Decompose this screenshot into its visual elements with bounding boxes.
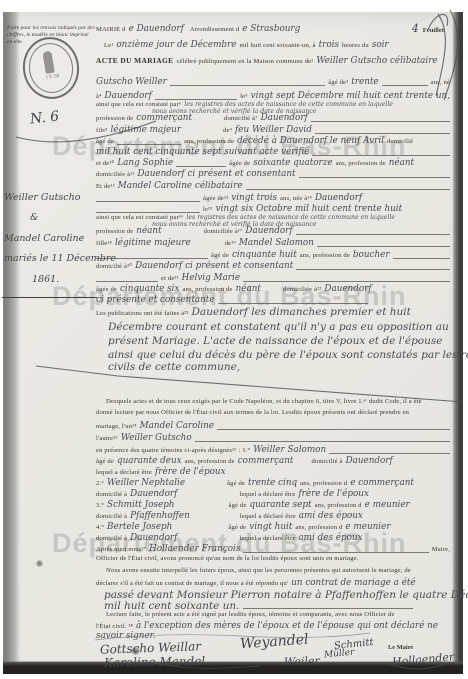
printed-text: Et de¹² [96, 183, 115, 190]
document-line: domicilié à²⁰Dauendorf ci présent et con… [96, 261, 450, 272]
handwritten-text: feu Weiller David [235, 125, 312, 135]
printed-text: de⁹ [223, 127, 232, 134]
document-line: donné lecture par nous Officier de l'Éta… [96, 409, 450, 420]
handwritten-text: Pfaffenhoffen [130, 511, 190, 521]
printed-text: le⁵ [240, 93, 248, 100]
printed-text: profession de [96, 115, 133, 122]
printed-text: et de²¹ [161, 275, 179, 282]
printed-text: 2.° [96, 480, 104, 487]
printed-text: lequel a déclaré être [239, 535, 295, 542]
document-line: profession decommerçantdomicilié à⁷Dauen… [96, 113, 450, 124]
printed-text: domicilié à [96, 513, 127, 520]
rule-line [329, 452, 450, 454]
document-line: et de²¹Helvig Marie [96, 273, 450, 284]
printed-text: âgée de [96, 286, 117, 293]
rule-line [315, 132, 450, 134]
signature: Weiler [284, 654, 320, 668]
handwritten-text: onzième jour de Décembre [116, 40, 236, 50]
rule-line [195, 440, 450, 442]
printed-text: ans, profession de [182, 286, 232, 293]
spacer [180, 495, 236, 496]
printed-text: ainsi que cela est constaté par⁶ [96, 101, 181, 108]
handwritten-text: Lang Sophie [117, 158, 173, 168]
handwritten-text: Dauendorf ci présent et consentant [135, 261, 293, 271]
printed-text: ans, né [431, 79, 450, 86]
handwritten-text: cinquante huit [232, 250, 297, 260]
handwritten-text: commerçant [136, 113, 192, 123]
spacer [184, 131, 220, 132]
handwritten-text: Dauendorf [324, 284, 371, 294]
printed-text: l'autre²⁵ [96, 435, 118, 442]
signature: Karoline Mandel [104, 654, 205, 670]
handwritten-text: vingt sept Décembre mil huit cent trente… [251, 91, 450, 101]
handwritten-text: quarante deux [117, 456, 182, 466]
rule-line [217, 428, 450, 430]
printed-text: Après quoi nous²⁷ [96, 546, 146, 553]
handwritten-text: Weiller Nephtalie [107, 478, 185, 488]
handwritten-text: ci présente et consentante [96, 295, 215, 305]
document-line: Gutscho Weillerâgé de³trenteans, né [96, 77, 450, 88]
rule-line [246, 188, 450, 190]
handwritten-text: néant [236, 284, 261, 294]
rule-line [170, 84, 325, 86]
spacer [165, 232, 201, 233]
document-line: et de¹⁰Lang Sophieâgée desoixante quator… [96, 158, 450, 169]
le-maire-label: Le Maire [388, 644, 413, 651]
handwritten-text: vingt huit [249, 522, 292, 532]
handwritten-text: vingt six Octobre mil huit cent trente h… [216, 204, 403, 214]
handwritten-text: e commerçant [350, 478, 414, 488]
printed-text: domicilié à [96, 491, 127, 498]
handwritten-text: e meunier [365, 500, 410, 510]
handwritten-text: Schmitt Joseph [107, 500, 174, 510]
handwritten-text: Dauendorf [130, 489, 177, 499]
printed-text: Le¹ [104, 42, 113, 49]
document-line: ainsi que celui du décès du père de l'ép… [108, 349, 450, 360]
printed-text: âgée de¹³ [203, 195, 228, 202]
handwritten-text: soir [372, 40, 389, 50]
printed-text: domiciliée à²² [283, 286, 321, 293]
document-line: présent Mariage. L'acte de naissance de … [108, 335, 450, 346]
rule-line [312, 154, 450, 156]
rule-line [296, 268, 450, 270]
document-line: Les publications ont été faites à²³Dauen… [96, 306, 450, 317]
printed-text: heures du [342, 42, 369, 49]
handwritten-text: Dauendorf [261, 113, 308, 123]
spacer [296, 462, 308, 463]
handwritten-text: Dauendorf ci présent et consentant [137, 169, 295, 179]
printed-text: Arrondissement d [190, 26, 239, 33]
spacer [195, 119, 221, 120]
document-line: âgé deans, profession dedécédé à Dauendo… [96, 136, 450, 147]
document-line: 2.°Weiller Nephtalieâgé detrente cinqans… [96, 478, 450, 489]
document-line: mariage, l'un²⁴Mandel Caroline [96, 421, 450, 432]
document-line: domicilié àDauendorflequel a déclaré êtr… [96, 489, 450, 500]
printed-text: Desquels actes et de tous ceux exigés pa… [106, 398, 422, 405]
handwritten-text: Weiller Salomon [253, 445, 326, 455]
handwritten-text: Helvig Marie [182, 273, 240, 283]
handwritten-text: un contrat de mariage a été [291, 578, 415, 588]
printed-text: domicilié [387, 138, 413, 145]
handwritten-text: néant [389, 158, 414, 168]
rule-line [311, 120, 450, 122]
rule-line [96, 257, 208, 259]
printed-text: déclarer s'il a été fait un contrat de m… [96, 580, 288, 587]
document-lines: MAIRIE de DauendorfArrondissement de Str… [0, 0, 468, 679]
printed-text: 4.° [96, 524, 104, 531]
document-line: mil huit cent soixante un. [104, 600, 450, 611]
printed-text: ans, née à¹⁴ [280, 195, 312, 202]
document-line: Le¹onzième jour de Décembremil huit cent… [96, 40, 428, 51]
rule-line [96, 211, 200, 213]
handwritten-text: Dauendorf [105, 91, 152, 101]
handwritten-text: quarante sept [249, 500, 311, 510]
printed-text: Les publications ont été faites à²³ [96, 310, 189, 317]
printed-text: ans, profession d [315, 502, 362, 509]
handwritten-text: trente [351, 77, 378, 87]
document-line: Décembre courant et constatent qu'il n'y… [108, 321, 450, 332]
handwritten-text: Dauendorf [245, 226, 292, 236]
printed-text: ainsi que cela est constaté par¹⁶ [96, 214, 183, 221]
handwritten-text: Gutscho Weiller [96, 77, 167, 87]
document-line: âgée decinquante sixans, profession dené… [96, 284, 450, 295]
rule-line [218, 302, 368, 304]
document-line: fils⁸légitime majeurde⁹feu Weiller David [96, 125, 450, 136]
printed-text: lequel a déclaré être [239, 491, 295, 498]
handwritten-text: Hollaender François [149, 544, 240, 554]
printed-text: ans, profession d [295, 524, 342, 531]
handwritten-text: mil huit cent cinquante sept suivant act… [96, 147, 309, 157]
document-line: Officier de l'État civil, avons prononcé… [96, 555, 450, 566]
printed-text: domicilié à [96, 535, 127, 542]
rule-line [155, 98, 237, 100]
rule-line [243, 551, 428, 553]
rule-line [96, 200, 200, 202]
document-line: Desquels actes et de tous ceux exigés pa… [96, 398, 450, 409]
handwritten-text: Mandel Caroline [140, 421, 214, 431]
document-line: profession denéantdomiciliée à¹⁷Dauendor… [96, 226, 450, 237]
printed-text: en présence des quatre témoins ci-après … [96, 447, 250, 454]
document-line: 4.°Bertele Josephâgé devingt huitans, pr… [96, 522, 450, 533]
handwritten-text: frère de l'époux [298, 489, 369, 499]
spacer [180, 539, 236, 540]
printed-text: domicilié à [311, 458, 342, 465]
document-line: lequel a déclaré êtrefrère de l'époux [96, 467, 450, 478]
printed-text: domiciliée à¹¹ [96, 171, 134, 178]
document-line: domicilié àDauendorflequel a déclaré êtr… [96, 533, 450, 544]
handwritten-text: Dauendorf [315, 193, 362, 203]
printed-text: à⁴ [96, 93, 102, 100]
rule-line [96, 280, 158, 282]
printed-text: Lecture faite, le présent acte a été sig… [106, 611, 395, 618]
handwritten-text: décédé à Dauendorf le neuf Avril [237, 136, 384, 146]
printed-text: lequel a déclaré être [240, 513, 296, 520]
rule-line [317, 245, 450, 247]
printed-text: Maire, [432, 546, 450, 553]
handwritten-text: ami des époux [299, 511, 363, 521]
document-line: domiciliée à¹¹Dauendorf ci présent et co… [96, 169, 450, 180]
document-line: en présence des quatre témoins ci-après … [96, 445, 450, 456]
spacer [188, 484, 224, 485]
spacer [264, 290, 280, 291]
handwritten-text: Mandel Salomon [239, 238, 314, 248]
document-line: l'autre²⁵Weiller Gutscho [96, 433, 450, 444]
printed-text: domicilié à⁷ [224, 115, 258, 122]
printed-text: ans, profession d [300, 480, 347, 487]
printed-text: ans, profession de [300, 252, 350, 259]
handwritten-text: légitime majeur [110, 125, 181, 135]
printed-text: profession de [96, 228, 133, 235]
document-line: passé devant Monsieur Pierron notaire à … [104, 589, 450, 600]
printed-text: âgé de [227, 480, 245, 487]
handwritten-text: trente cinq [248, 478, 297, 488]
handwritten-text: boucher [353, 250, 390, 260]
document-line: ci présente et consentante [96, 295, 450, 306]
handwritten-text: e Strasbourg [242, 24, 300, 34]
printed-text: âgé de [228, 524, 246, 531]
printed-text: ans, profession de [336, 160, 386, 167]
document-line: Et de¹²Mandel Caroline célibataire [96, 181, 450, 192]
handwritten-text: trois [319, 40, 339, 50]
printed-text: domiciliée à¹⁷ [204, 228, 243, 235]
handwritten-text: Mandel Caroline célibataire [118, 181, 243, 191]
handwritten-text: Dauendorf les dimanches premier et huit [192, 306, 411, 318]
handwritten-text: frère de l'époux [155, 467, 226, 477]
handwritten-text: vingt trois [231, 193, 277, 203]
rule-line [296, 233, 450, 235]
document-line: fille¹⁸légitime majeurede¹⁹Mandel Salomo… [96, 238, 450, 249]
handwritten-text: les registres des actes de naissance de … [184, 101, 393, 108]
handwritten-text: présent Mariage. L'acte de naissance de … [108, 335, 443, 347]
printed-text: célébré publiquement en la Maison commun… [176, 58, 313, 65]
rule-line [243, 607, 413, 609]
rule-line [299, 176, 450, 178]
spacer [175, 528, 225, 529]
spacer [193, 517, 237, 518]
document-line: âgé decinquante huitans, profession debo… [96, 250, 450, 261]
handwritten-text: e meunier [345, 522, 390, 532]
document-line: Nous avons ensuite interpellé les futurs… [96, 567, 450, 578]
printed-text: ans, profession de [184, 138, 234, 145]
handwritten-text: cinquante six [120, 284, 179, 294]
printed-text: de¹⁹ [225, 240, 236, 247]
handwritten-text: Dauendorf [346, 456, 393, 466]
document-line: Après quoi nous²⁷Hollaender FrançoisMair… [96, 544, 450, 555]
handwritten-text: néant [136, 226, 161, 236]
rule-line [243, 280, 450, 282]
printed-text: domicilié à²⁰ [96, 262, 132, 270]
printed-text: âgé de [229, 502, 247, 509]
handwritten-text: Weiller Gutscho célibataire [316, 56, 437, 66]
printed-text: fils⁸ [96, 127, 107, 134]
printed-text: fille¹⁸ [96, 240, 112, 247]
document-line: 3.°Schmitt Josephâgé dequarante septans,… [96, 500, 450, 511]
handwritten-text: e Dauendorf [129, 24, 184, 34]
document-line: civils de cette commune, [108, 361, 450, 372]
printed-text: mil huit cent soixante-un, à [239, 42, 315, 49]
handwritten-text: Weiller Gutscho [121, 433, 192, 443]
printed-text: donné lecture par nous Officier de l'Éta… [96, 409, 409, 416]
printed-text: Officier de l'État civil, avons prononcé… [96, 555, 358, 562]
handwritten-text: ainsi que celui du décès du père de l'ép… [108, 349, 468, 361]
handwritten-text: les registres des actes de naissance de … [186, 214, 395, 221]
handwritten-text: soixante quatorze [253, 158, 332, 168]
handwritten-text: Décembre courant et constatent qu'il n'y… [108, 321, 449, 333]
document-line: mil huit cent cinquante sept suivant act… [96, 147, 450, 158]
printed-text: ACTE DU MARIAGE [96, 56, 173, 65]
document-line: ACTE DU MARIAGEcélébré publiquement en l… [96, 56, 450, 67]
printed-text: âgé de³ [328, 79, 348, 86]
printed-text: âgé de [211, 252, 229, 259]
handwritten-text: civils de cette commune, [108, 361, 240, 373]
handwritten-text: à l'exception des mères de l'époux et de… [136, 621, 438, 631]
handwritten-text: ami des époux [298, 533, 362, 543]
document-line: déclarer s'il a été fait un contrat de m… [96, 578, 450, 589]
document-line: âgée de¹³vingt troisans, née à¹⁴Dauendor… [96, 193, 450, 204]
printed-text: mariage, l'un²⁴ [96, 423, 137, 430]
printed-text: Nous avons ensuite interpellé les futurs… [106, 567, 411, 574]
printed-text: lequel a déclaré être [96, 469, 152, 476]
document-line: âgé dequarante deuxans, profession decom… [96, 456, 450, 467]
handwritten-text: légitime majeure [115, 238, 191, 248]
document-line: domicilié àPfaffenhoffenlequel a déclaré… [96, 511, 450, 522]
handwritten-text: Dauendorf [130, 533, 177, 543]
handwritten-text: Bertele Joseph [107, 522, 172, 532]
printed-text: ans, profession de [185, 458, 235, 465]
handwritten-text: savoir signer. [96, 631, 156, 641]
printed-text: le¹⁵ [203, 206, 213, 213]
rule-line [382, 84, 428, 86]
printed-text: âgée de [229, 160, 250, 167]
printed-text: âgé de [96, 458, 114, 465]
printed-text: 3.° [96, 502, 104, 509]
spacer [178, 506, 226, 507]
spacer [194, 244, 222, 245]
printed-text: et de¹⁰ [96, 159, 114, 167]
rule-line [176, 165, 226, 167]
handwritten-text: commerçant [238, 456, 294, 466]
scanned-marriage-record: Département du Bas-RhinDépartement du Ba… [0, 0, 468, 679]
document-line: MAIRIE de DauendorfArrondissement de Str… [96, 24, 398, 35]
printed-text: âgé de [96, 138, 114, 145]
rule-line [117, 143, 181, 145]
printed-text: MAIRIE d [96, 26, 126, 33]
rule-line [393, 257, 450, 259]
printed-text: l'État civil. ²⁸ [96, 623, 133, 630]
